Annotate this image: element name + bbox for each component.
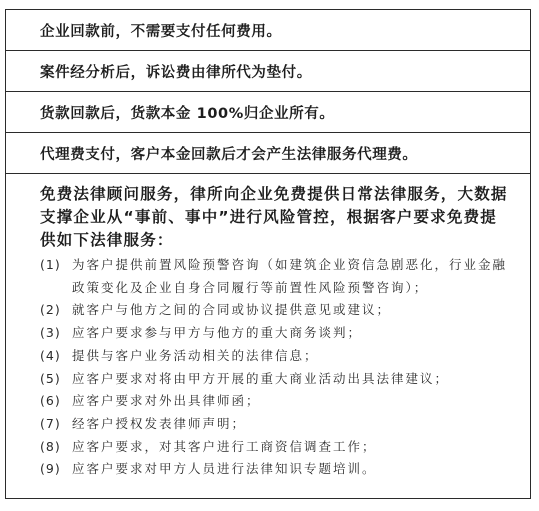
item-number: (9) — [40, 458, 72, 481]
term-row-no-upfront-fee: 企业回款前，不需要支付任何费用。 — [6, 10, 530, 51]
term-text: 货款回款后，货款本金 100%归企业所有。 — [40, 102, 334, 123]
legal-services-list: (1) 为客户提供前置风险预警咨询（如建筑企业资信急剧恶化，行业金融政策变化及企… — [40, 254, 510, 481]
item-text: 就客户与他方之间的合同或协议提供意见或建议； — [72, 299, 510, 322]
list-item: (3) 应客户要求参与甲方与他方的重大商务谈判； — [40, 322, 510, 345]
list-item: (4) 提供与客户业务活动相关的法律信息； — [40, 345, 510, 368]
item-text: 为客户提供前置风险预警咨询（如建筑企业资信急剧恶化，行业金融政策变化及企业自身合… — [72, 254, 510, 299]
list-item: (8) 应客户要求，对其客户进行工商资信调查工作； — [40, 436, 510, 459]
term-text: 企业回款前，不需要支付任何费用。 — [40, 20, 282, 41]
item-text: 经客户授权发表律师声明； — [72, 413, 510, 436]
item-text: 应客户要求对外出具律师函； — [72, 390, 510, 413]
list-item: (5) 应客户要求对将由甲方开展的重大商业活动出具法律建议； — [40, 368, 510, 391]
term-text: 案件经分析后，诉讼费由律所代为垫付。 — [40, 61, 312, 82]
item-text: 应客户要求参与甲方与他方的重大商务谈判； — [72, 322, 510, 345]
item-number: (4) — [40, 345, 72, 368]
item-number: (3) — [40, 322, 72, 345]
list-item: (1) 为客户提供前置风险预警咨询（如建筑企业资信急剧恶化，行业金融政策变化及企… — [40, 254, 510, 299]
term-row-litigation-fee: 案件经分析后，诉讼费由律所代为垫付。 — [6, 51, 530, 92]
service-terms-table: 企业回款前，不需要支付任何费用。 案件经分析后，诉讼费由律所代为垫付。 货款回款… — [5, 9, 531, 499]
item-number: (6) — [40, 390, 72, 413]
item-number: (2) — [40, 299, 72, 322]
list-item: (2) 就客户与他方之间的合同或协议提供意见或建议； — [40, 299, 510, 322]
item-text: 应客户要求，对其客户进行工商资信调查工作； — [72, 436, 510, 459]
list-item: (6) 应客户要求对外出具律师函； — [40, 390, 510, 413]
item-number: (7) — [40, 413, 72, 436]
term-row-principal-ownership: 货款回款后，货款本金 100%归企业所有。 — [6, 92, 530, 133]
term-text: 代理费支付，客户本金回款后才会产生法律服务代理费。 — [40, 143, 418, 164]
item-text: 应客户要求对甲方人员进行法律知识专题培训。 — [72, 458, 510, 481]
term-row-free-legal-services: 免费法律顾问服务，律所向企业免费提供日常法律服务，大数据支撑企业从“事前、事中”… — [6, 174, 530, 498]
legal-services-intro: 免费法律顾问服务，律所向企业免费提供日常法律服务，大数据支撑企业从“事前、事中”… — [40, 183, 510, 252]
item-text: 应客户要求对将由甲方开展的重大商业活动出具法律建议； — [72, 368, 510, 391]
list-item: (9) 应客户要求对甲方人员进行法律知识专题培训。 — [40, 458, 510, 481]
item-text: 提供与客户业务活动相关的法律信息； — [72, 345, 510, 368]
item-number: (1) — [40, 254, 72, 299]
item-number: (5) — [40, 368, 72, 391]
term-row-agency-fee: 代理费支付，客户本金回款后才会产生法律服务代理费。 — [6, 133, 530, 174]
item-number: (8) — [40, 436, 72, 459]
list-item: (7) 经客户授权发表律师声明； — [40, 413, 510, 436]
